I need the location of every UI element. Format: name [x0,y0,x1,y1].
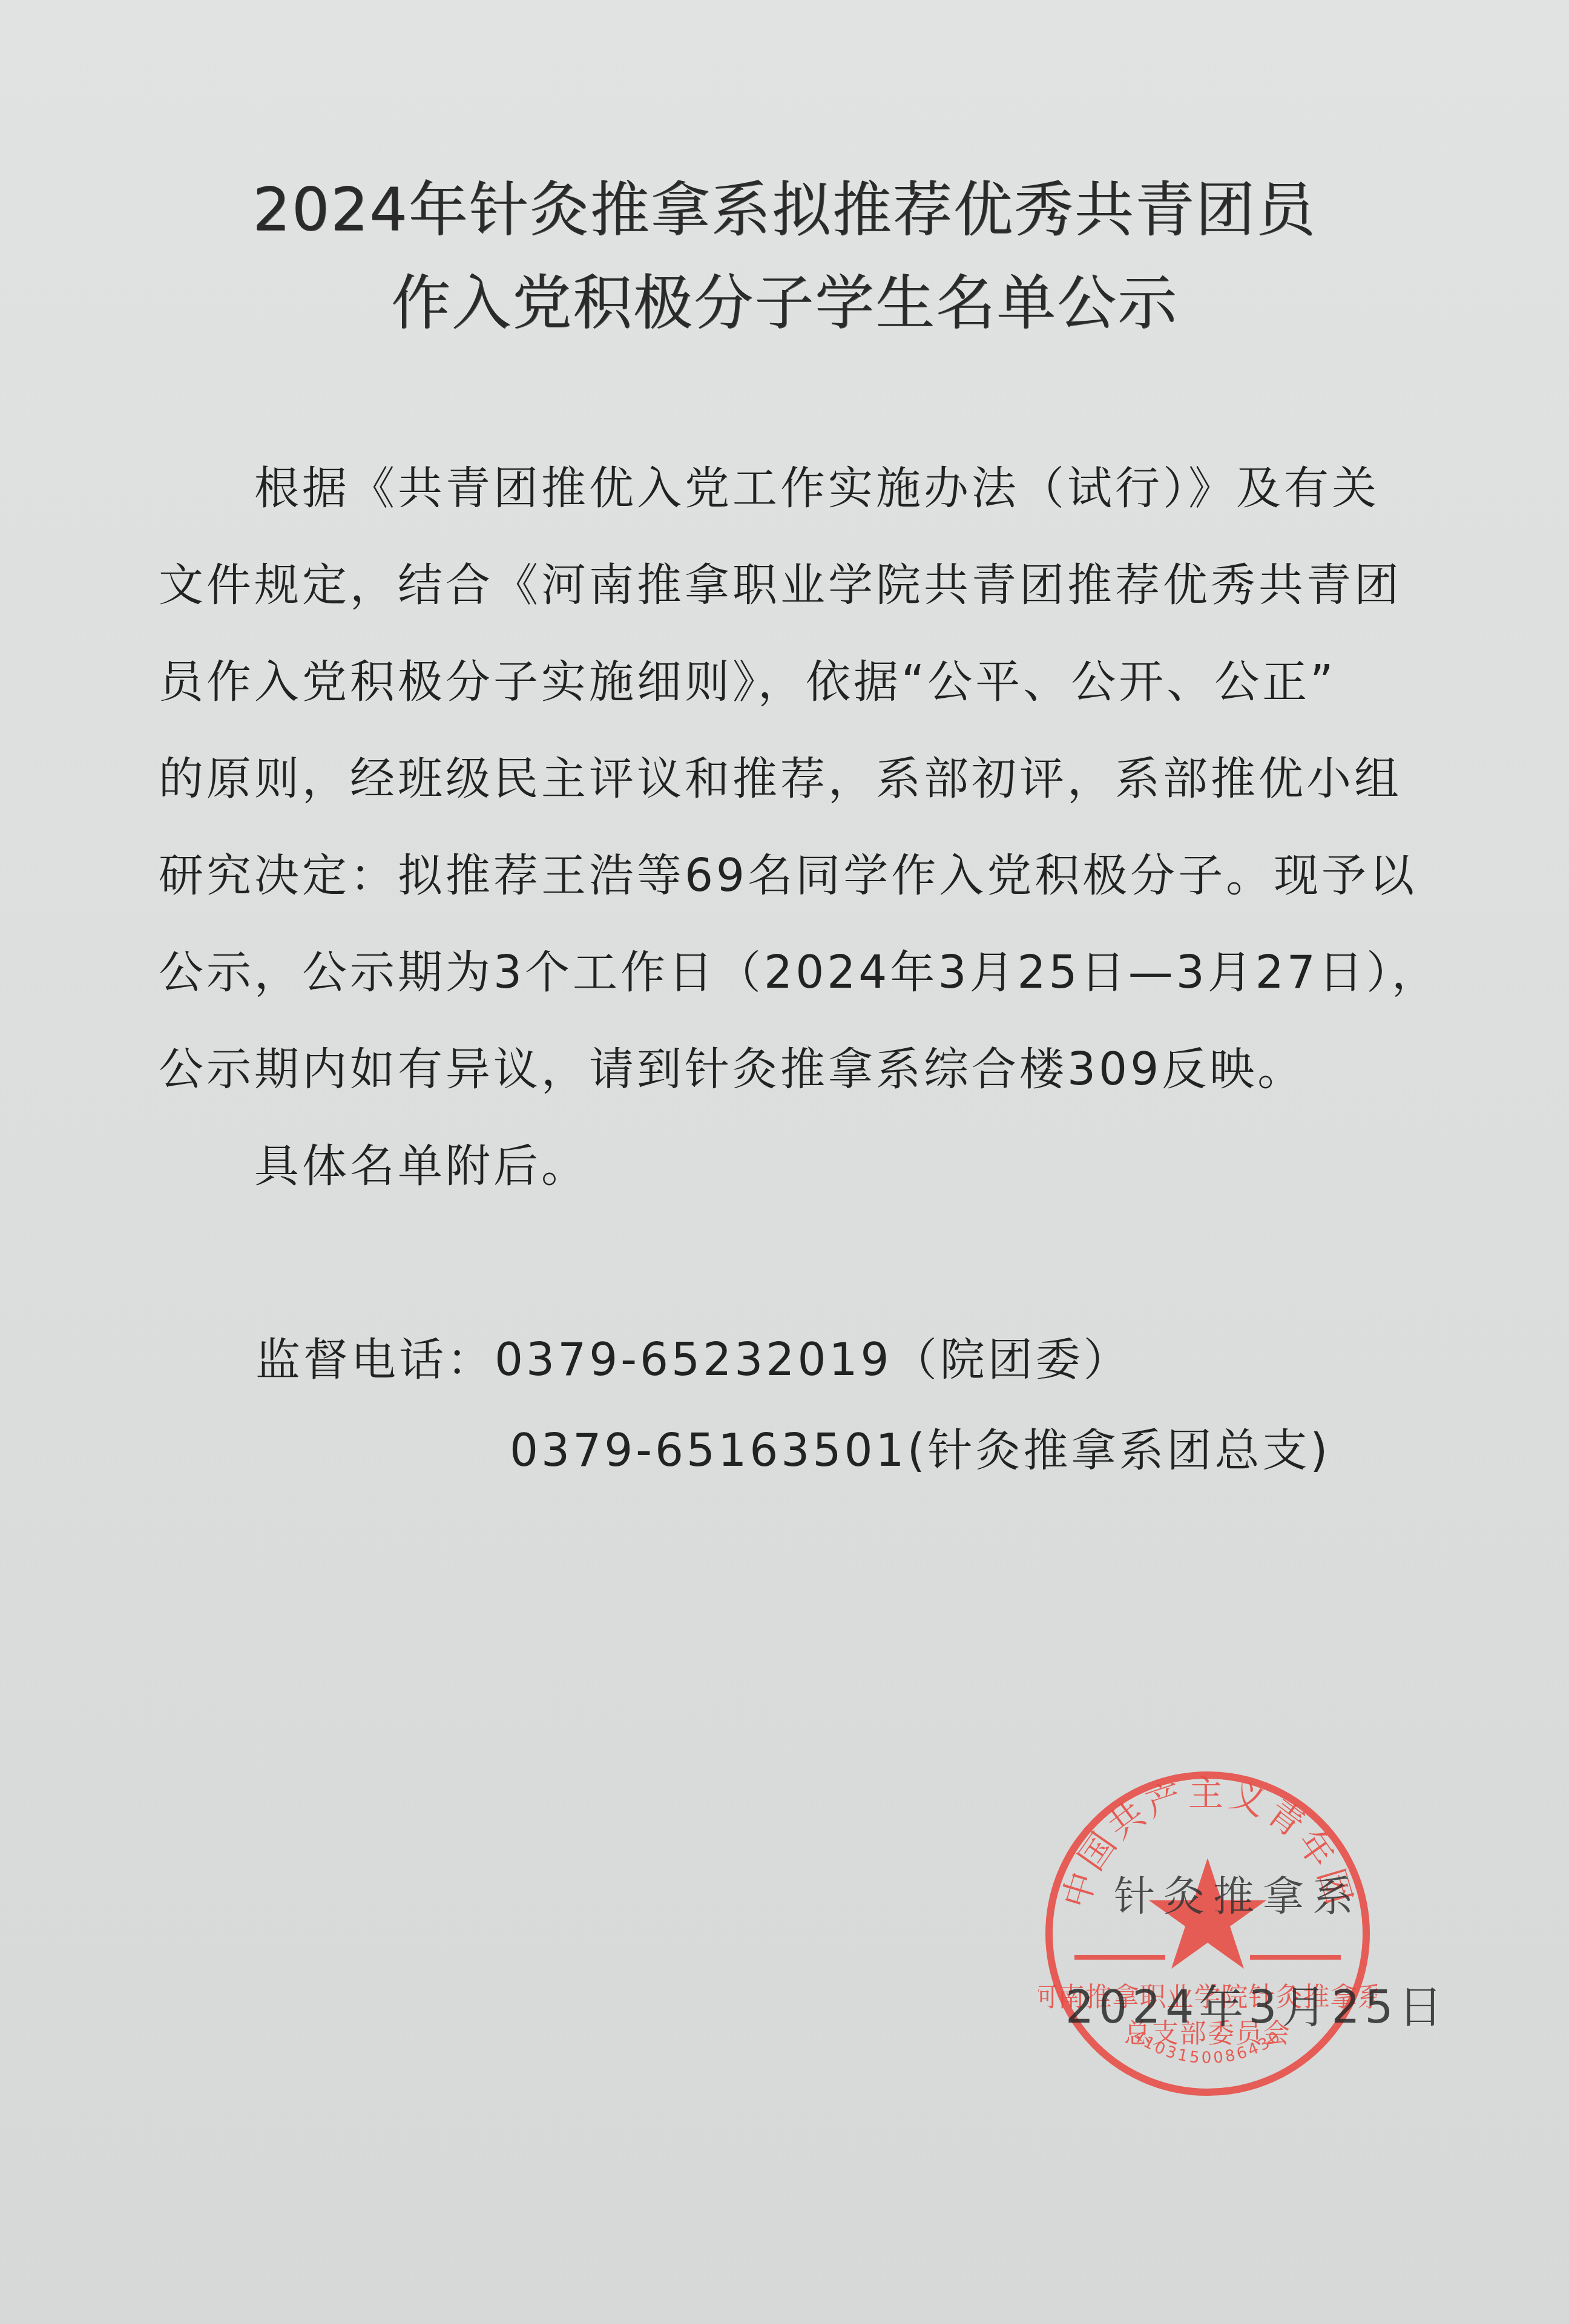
attachment-note: 具体名单附后。 [159,1131,589,1195]
title-line-1: 2024年针灸推拿系拟推荐优秀共青团员 [0,162,1569,248]
contacts-label: 监督电话： [255,1334,495,1386]
contacts-block: 监督电话：0379-65232019（院团委） [255,1324,1131,1388]
paragraph-line: 公示，公示期为3个工作日（2024年3月25日—3月27日）， [159,937,1439,1001]
paragraph-line: 的原则，经班级民主评议和推荐，系部初评，系部推优小组 [159,743,1402,807]
document-page: 2024年针灸推拿系拟推荐优秀共青团员 作入党积极分子学生名单公示 根据《共青团… [0,0,1569,2324]
paragraph-line: 公示期内如有异议，请到针灸推拿系综合楼309反映。 [159,1034,1305,1098]
paragraph-line: 研究决定：拟推荐王浩等69名同学作入党积极分子。现予以 [159,840,1417,904]
signature-date: 2024年3月25日 [1065,1972,1448,2036]
paragraph-line: 员作入党积极分子实施细则》，依据“公平、公开、公正” [159,646,1337,711]
paragraph-line: 文件规定，结合《河南推拿职业学院共青团推荐优秀共青团 [159,550,1402,614]
title-line-2: 作入党积极分子学生名单公示 [0,255,1569,341]
official-seal-icon: 中国共产主义青年团 河南推拿职业学院针灸推拿系 总支部委员会 410315008… [1038,1764,1377,2103]
signature-department: 针灸推拿系 [1114,1864,1362,1923]
contact-phone-2: 0379-65163501(针灸推拿系团总支) [510,1415,1331,1479]
contact-phone-1: 0379-65232019（院团委） [495,1334,1131,1386]
paragraph-line: 根据《共青团推优入党工作实施办法（试行）》及有关 [159,453,1380,517]
